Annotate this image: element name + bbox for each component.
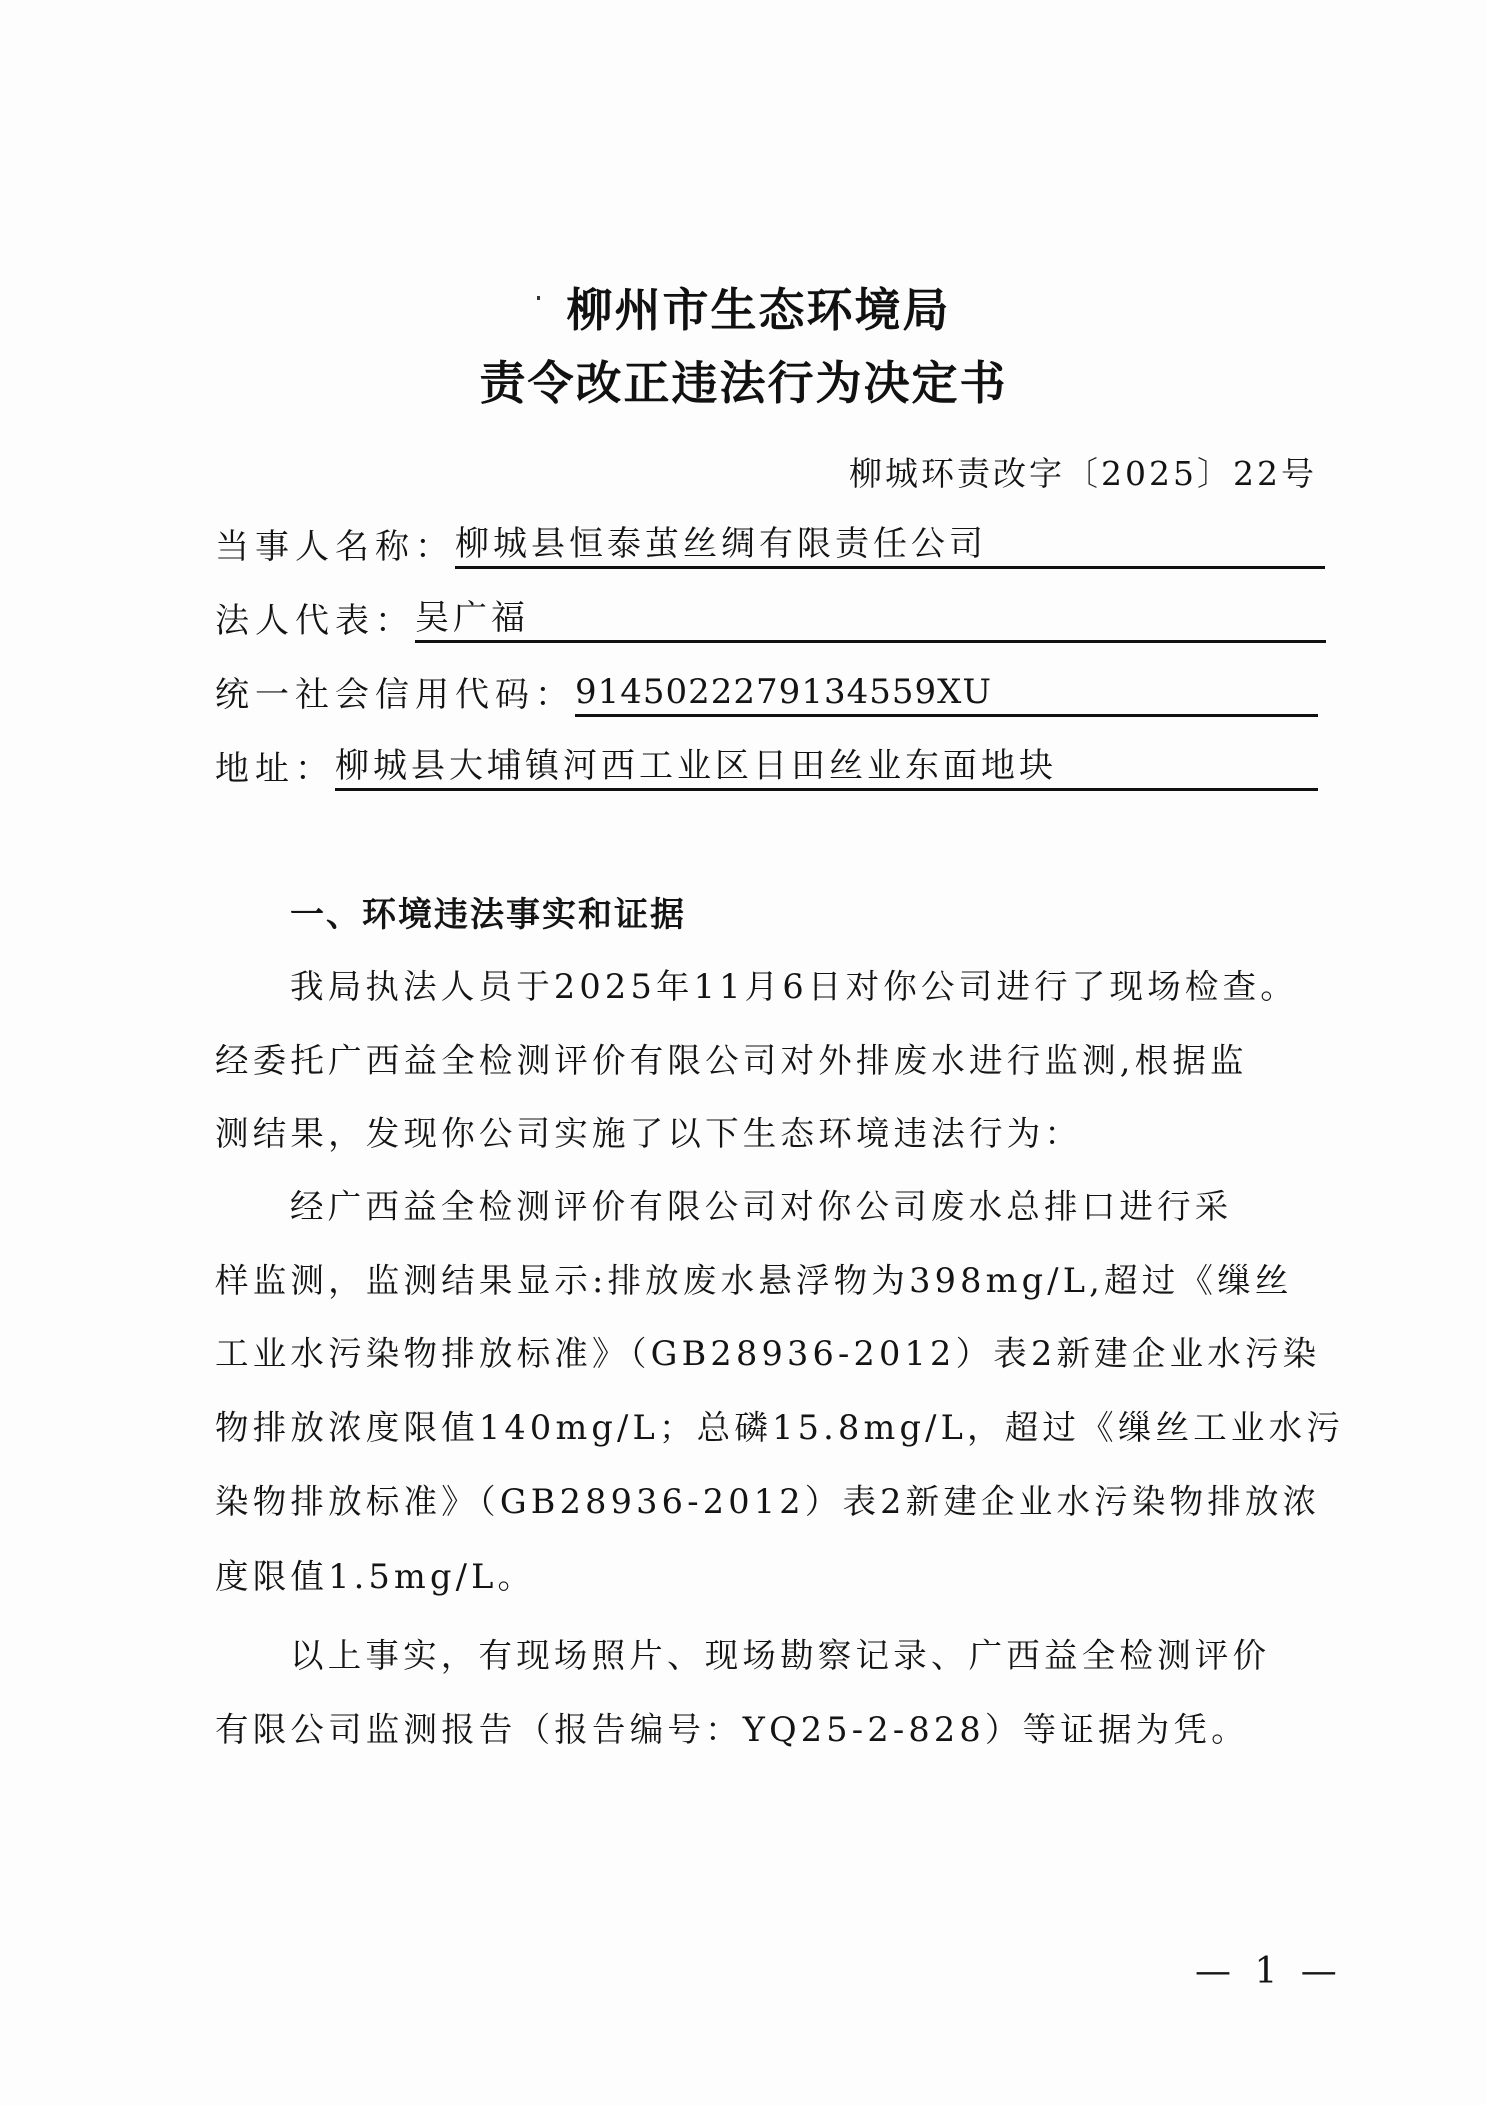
body-line: 工业水污染物排放标准》（GB28936-2012）表2新建企业水污染 (215, 1332, 1325, 1376)
body-line: 染物排放标准》（GB28936-2012）表2新建企业水污染物排放浓 (215, 1480, 1325, 1524)
page-number: — 1 — (1195, 1950, 1343, 1994)
address-field: 地址：柳城县大埔镇河西工业区日田丝业东面地块 (215, 744, 1318, 791)
document-page: 柳州市生态环境局 责令改正违法行为决定书 柳城环责改字〔2025〕22号 当事人… (0, 0, 1487, 2105)
body-line: 测结果，发现你公司实施了以下生态环境违法行为： (215, 1112, 1325, 1156)
legal-representative-field: 法人代表：吴广福 (215, 596, 1326, 643)
body-line: 物排放浓度限值140mg/L；总磷15.8mg/L，超过《缫丝工业水污 (215, 1406, 1325, 1450)
body-line: 以上事实，有现场照片、现场勘察记录、广西益全检测评价 (290, 1634, 1325, 1678)
address-label: 地址： (215, 747, 335, 791)
legal-representative-value: 吴广福 (415, 596, 1326, 643)
section-heading-violation-facts: 一、环境违法事实和证据 (290, 893, 686, 937)
address-value: 柳城县大埔镇河西工业区日田丝业东面地块 (335, 744, 1318, 791)
body-line: 经广西益全检测评价有限公司对你公司废水总排口进行采 (290, 1185, 1325, 1229)
body-line: 经委托广西益全检测评价有限公司对外排废水进行监测,根据监 (215, 1039, 1325, 1083)
document-number: 柳城环责改字〔2025〕22号 (849, 452, 1317, 496)
credit-code-field: 统一社会信用代码：9145022279134559XU (215, 670, 1318, 717)
credit-code-value: 9145022279134559XU (575, 670, 1318, 717)
party-name-value: 柳城县恒泰茧丝绸有限责任公司 (455, 522, 1325, 569)
party-name-label: 当事人名称： (215, 525, 455, 569)
party-name-field: 当事人名称：柳城县恒泰茧丝绸有限责任公司 (215, 522, 1325, 569)
body-line: 我局执法人员于2025年11月6日对你公司进行了现场检查。 (290, 965, 1325, 1009)
body-line: 度限值1.5mg/L。 (215, 1555, 1325, 1599)
legal-representative-label: 法人代表： (215, 599, 415, 643)
document-type-title: 责令改正违法行为决定书 (0, 355, 1487, 411)
body-line: 有限公司监测报告（报告编号：YQ25-2-828）等证据为凭。 (215, 1708, 1325, 1752)
issuing-authority-title: 柳州市生态环境局 (0, 282, 1487, 338)
credit-code-label: 统一社会信用代码： (215, 673, 575, 717)
body-line: 样监测，监测结果显示:排放废水悬浮物为398mg/L,超过《缫丝 (215, 1259, 1325, 1303)
